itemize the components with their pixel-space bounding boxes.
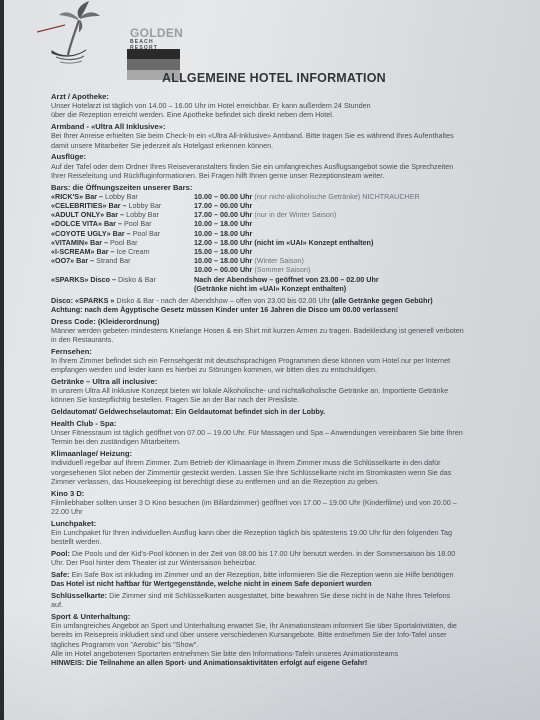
bar-time: 10.00 – 00.00 Uhr (194, 265, 252, 274)
text-line: tägliches Programm von "Aerobic" bis "Sh… (51, 640, 506, 649)
text-line: über die Rezeption erreicht werden. Eine… (51, 110, 506, 119)
text-line: Schlüsselkarte: Die Zimmer sind mit Schl… (51, 591, 506, 600)
section-heading: Pool: (51, 549, 70, 558)
bar-title: «COYOTE UGLY» Bar – (51, 229, 131, 238)
text-line: Individuell regelbar auf Ihrem Zimmer. Z… (51, 458, 506, 467)
section-heading: Lunchpaket: (51, 519, 506, 528)
bar-title: «OO7» Bar – (51, 256, 94, 265)
bar-name: «DOLCE VITA» Bar – Pool Bar (51, 219, 194, 228)
text-line: Pool: Die Pools und der Kid's-Pool könne… (51, 549, 506, 558)
section-pool: Pool: Die Pools und der Kid's-Pool könne… (51, 549, 506, 567)
text-line: In unsrem Ultra All Inklusive Konzept bi… (51, 386, 506, 395)
disco-line: Disco: «SPARKS » Disko & Bar - nach der … (51, 296, 506, 305)
bar-name: «ADULT ONLY» Bar – Lobby Bar (51, 210, 194, 219)
section-heading: Arzt / Apotheke: (51, 92, 506, 101)
text-line: In Ihrem Zimmer befindet sich ein Fernse… (51, 356, 506, 365)
text-line: Ihrer Reiseleitung und Rückfluginformati… (51, 171, 506, 180)
section-safe: Safe: Ein Safe Box ist inkluding im Zimm… (51, 570, 506, 588)
section-fernsehen: Fernsehen: In Ihrem Zimmer befindet sich… (51, 347, 506, 375)
text-line: Safe: Ein Safe Box ist inkluding im Zimm… (51, 570, 506, 579)
sport-hinweis: HINWEIS: Die Teilnahme an allen Sport- u… (51, 658, 506, 667)
bar-name: «VITAMIN» Bar – Pool Bar (51, 238, 194, 247)
bar-hours: (Getränke nicht im «UAI» Konzept enthalt… (194, 284, 506, 293)
bar-hours: 10.00 – 18.00 Uhr (194, 219, 506, 228)
bar-type: Disko & Bar (116, 275, 156, 284)
section-heading: Klimaanlage/ Heizung: (51, 449, 506, 458)
bar-hours: 15.00 – 18.00 Uhr (194, 247, 506, 256)
bar-time: Nach der Abendshow – geöffnet von 23.00 … (194, 275, 379, 284)
text-line: Uhr. Der Pool hinter dem Theater ist zur… (51, 558, 506, 567)
safe-liability: Das Hotel ist nicht haftbar für Wertgege… (51, 579, 506, 588)
bar-type: Lobby Bar (103, 192, 138, 201)
bar-name: «CELEBRITIES» Bar – Lobby Bar (51, 201, 194, 210)
text-line: Alle im Hotel angebotenen Sportarten ent… (51, 649, 506, 658)
page-title: ALLGEMEINE HOTEL INFORMATION (162, 71, 386, 85)
pool-text: Die Pools und der Kid's-Pool können in d… (70, 549, 455, 558)
bar-time: 10.00 – 18.00 Uhr (194, 256, 252, 265)
bar-title: «I-SCREAM» Bar – (51, 247, 115, 256)
section-disco: Disco: «SPARKS » Disko & Bar - nach der … (51, 296, 506, 314)
text-line: auf. (51, 600, 506, 609)
section-heading: Health Club - Spa: (51, 419, 506, 428)
bar-hours: 10.00 – 00.00 Uhr (Sommer Saison) (194, 265, 506, 274)
text-line: bereits im Reisepreis inkludiert sind un… (51, 630, 506, 639)
section-arzt: Arzt / Apotheke: Unser Hotelarzt ist täg… (51, 92, 506, 120)
bar-note: (Winter Saison) (252, 256, 304, 265)
text-line: vorgesehenen Slot neben der Zimmertür ge… (51, 468, 506, 477)
text-line: Ein Lunchpaket für Ihren individuellen A… (51, 528, 506, 537)
section-heading: Geldautomat/ Geldwechselautomat: (51, 407, 173, 416)
bar-note: (Sommer Saison) (252, 265, 310, 274)
section-heading: Kino 3 D: (51, 489, 506, 498)
bar-note: (nur in der Winter Saison) (252, 210, 336, 219)
bar-time: 12.00 – 18.00 Uhr (nicht im «UAI» Konzep… (194, 238, 373, 247)
bar-time: 10.00 – 18.00 Uhr (194, 229, 252, 238)
bar-time: 15.00 – 18.00 Uhr (194, 247, 252, 256)
bar-title: «CELEBRITIES» Bar – (51, 201, 127, 210)
schluessel-text: Die Zimmer sind mit Schlüsselkarten ausg… (107, 591, 450, 600)
text-line: Zimmer verlassen, das Housekeeping ist b… (51, 477, 506, 486)
bar-name: «I-SCREAM» Bar – Ice Cream (51, 247, 194, 256)
bar-time: 10.00 – 18.00 Uhr (194, 219, 252, 228)
disco-text: Disko & Bar - nach der Abendshow – offen… (114, 296, 332, 305)
bar-name: «RICK'S» Bar – Lobby Bar (51, 192, 194, 201)
bars-table: «RICK'S» Bar – Lobby Bar10.00 – 00.00 Uh… (51, 192, 506, 293)
text-line: Termin bei den zuständigen Mitarbeitern. (51, 437, 506, 446)
text-line: damit unsere Mitarbeiter Sie jederzeit a… (51, 141, 506, 150)
section-heading: Schlüsselkarte: (51, 591, 107, 600)
bar-type: Pool Bar (131, 229, 161, 238)
bar-hours: 17.00 – 00.00 Uhr (nur in der Winter Sai… (194, 210, 506, 219)
bar-time: 17.00 – 00.00 Uhr (194, 210, 252, 219)
disco-label: Disco: «SPARKS » (51, 296, 114, 305)
bar-type: Strand Bar (94, 256, 130, 265)
bar-title: «SPARKS» Disco – (51, 275, 116, 284)
disco-fee: (alle Getränke gegen Gebühr) (332, 296, 433, 305)
section-kino: Kino 3 D: Filmliebhaber sollten unser 3 … (51, 489, 506, 517)
text-line: Auf der Tafel oder dem Ordner Ihres Reis… (51, 162, 506, 171)
bar-hours: Nach der Abendshow – geöffnet von 23.00 … (194, 275, 506, 284)
section-lunch: Lunchpaket: Ein Lunchpaket für Ihren ind… (51, 519, 506, 547)
section-heading: Fernsehen: (51, 347, 506, 356)
bar-time: (Getränke nicht im «UAI» Konzept enthalt… (194, 284, 346, 293)
section-geldautomat: Geldautomat/ Geldwechselautomat: Ein Gel… (51, 407, 506, 416)
section-heading: Safe: (51, 570, 70, 579)
bar-name: «COYOTE UGLY» Bar – Pool Bar (51, 229, 194, 238)
hotel-logo: GOLDEN BEACH RESORT (34, 0, 164, 82)
bar-hours: 10.00 – 00.00 Uhr (nur nicht-alkoholisch… (194, 192, 506, 201)
section-heading: Sport & Unterhaltung: (51, 612, 506, 621)
bar-title: «RICK'S» Bar – (51, 192, 103, 201)
section-ausfluege: Ausflüge: Auf der Tafel oder dem Ordner … (51, 152, 506, 180)
bar-note: (nur nicht-alkoholische Getränke) NICHTR… (252, 192, 419, 201)
bar-time: 10.00 – 00.00 Uhr (194, 192, 252, 201)
text-line: Ein umfangreiches Angebot an Sport und U… (51, 621, 506, 630)
geldautomat-text: Ein Geldautomat befindet sich in der Lob… (173, 407, 325, 416)
paper-sheet: GOLDEN BEACH RESORT ALLGEMEINE HOTEL INF… (4, 0, 540, 720)
section-klima: Klimaanlage/ Heizung: Individuell regelb… (51, 449, 506, 486)
section-schluessel: Schlüsselkarte: Die Zimmer sind mit Schl… (51, 591, 506, 609)
disco-warning: Achtung: nach dem Ägyptische Gesetz müss… (51, 305, 506, 314)
bar-name (51, 284, 194, 293)
bar-hours: 10.00 – 18.00 Uhr (194, 229, 506, 238)
bar-title: «DOLCE VITA» Bar – (51, 219, 122, 228)
section-armband: Armband - «Ultra All Inklusive»: Bei Ihr… (51, 122, 506, 150)
bar-type: Lobby Bar (127, 201, 162, 210)
section-dresscode: Dress Code: (Kleiderordnung) Männer werd… (51, 317, 506, 345)
bar-hours: 17.00 – 00.00 Uhr (194, 201, 506, 210)
geldautomat-line: Geldautomat/ Geldwechselautomat: Ein Gel… (51, 407, 506, 416)
bar-name: «SPARKS» Disco – Disko & Bar (51, 275, 194, 284)
bar-hours: 10.00 – 18.00 Uhr (Winter Saison) (194, 256, 506, 265)
text-line: Bei Ihrer Anreise erhielten Sie beim Che… (51, 131, 506, 140)
text-line: Unser Fitnessraum ist täglich geöffnet v… (51, 428, 506, 437)
bar-type: Lobby Bar (124, 210, 159, 219)
text-line: können Sie kostepflichtig bestellen. Fra… (51, 395, 506, 404)
text-line: Unser Hotelarzt ist täglich von 14.00 – … (51, 101, 506, 110)
section-getraenke: Getränke – Ultra all inclusive: In unsre… (51, 377, 506, 405)
text-line: Filmliebhaber sollten unser 3 D Kino bes… (51, 498, 506, 507)
safe-text: Ein Safe Box ist inkluding im Zimmer und… (70, 570, 454, 579)
section-heading: Bars: die Öffnungszeiten unserer Bars: (51, 183, 506, 192)
bar-hours: 12.00 – 18.00 Uhr (nicht im «UAI» Konzep… (194, 238, 506, 247)
bar-title: «ADULT ONLY» Bar – (51, 210, 124, 219)
text-line: in den Restaurants. (51, 335, 506, 344)
section-sport: Sport & Unterhaltung: Ein umfangreiches … (51, 612, 506, 667)
text-line: bestellt werden. (51, 537, 506, 546)
palm-tree-icon (34, 0, 124, 70)
bar-type: Pool Bar (122, 219, 152, 228)
document-body: Arzt / Apotheke: Unser Hotelarzt ist täg… (51, 92, 506, 670)
section-bars: Bars: die Öffnungszeiten unserer Bars: «… (51, 183, 506, 293)
bar-type: Pool Bar (108, 238, 138, 247)
bar-name: «OO7» Bar – Strand Bar (51, 256, 194, 265)
section-health: Health Club - Spa: Unser Fitnessraum ist… (51, 419, 506, 447)
section-heading: Getränke – Ultra all inclusive: (51, 377, 506, 386)
section-heading: Armband - «Ultra All Inklusive»: (51, 122, 506, 131)
section-heading: Ausflüge: (51, 152, 506, 161)
bar-name (51, 265, 194, 274)
text-line: Männer werden gebeten mindestens Knielan… (51, 326, 506, 335)
bar-type: Ice Cream (115, 247, 150, 256)
text-line: empfangen werden und leider kann es hier… (51, 365, 506, 374)
bar-title: «VITAMIN» Bar – (51, 238, 108, 247)
brand-name: GOLDEN (130, 26, 183, 40)
section-heading: Dress Code: (Kleiderordnung) (51, 317, 506, 326)
text-line: 22.00 Uhr (51, 507, 506, 516)
bar-time: 17.00 – 00.00 Uhr (194, 201, 252, 210)
